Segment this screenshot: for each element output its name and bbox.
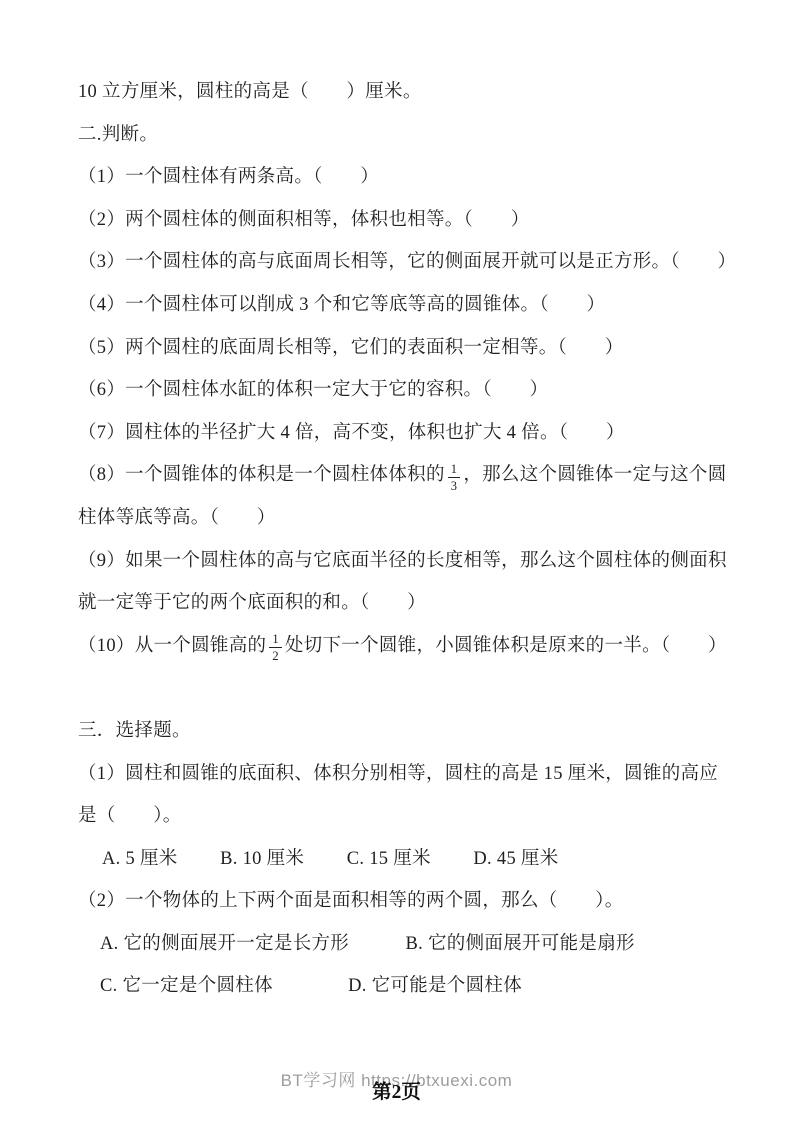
text-run: A. 5 厘米 B. 10 厘米 C. 15 厘米 D. 45 厘米 bbox=[102, 849, 559, 869]
text-line: （5）两个圆柱的底面周长相等，它们的表面积一定相等。（ ） bbox=[78, 327, 745, 370]
text-run: （5）两个圆柱的底面周长相等，它们的表面积一定相等。（ ） bbox=[78, 338, 624, 358]
text-run: A. 它的侧面展开一定是长方形 B. 它的侧面展开可能是扇形 bbox=[100, 934, 635, 954]
text-line: 柱体等底等高。（ ） bbox=[78, 497, 745, 540]
blank-line bbox=[78, 667, 745, 710]
text-line: 是（ ）。 bbox=[78, 795, 745, 838]
text-line: （7）圆柱体的半径扩大 4 倍，高不变，体积也扩大 4 倍。（ ） bbox=[78, 412, 745, 455]
text-run: （2）两个圆柱体的侧面积相等，体积也相等。（ ） bbox=[78, 210, 530, 230]
text-run: 三．选择题。 bbox=[78, 721, 191, 741]
text-line: 三．选择题。 bbox=[78, 710, 745, 753]
text-run: C. 它一定是个圆柱体 D. 它可能是个圆柱体 bbox=[100, 976, 522, 996]
fraction: 13 bbox=[448, 462, 461, 493]
text-line: （6）一个圆柱体水缸的体积一定大于它的容积。（ ） bbox=[78, 369, 745, 412]
fraction-numerator: 1 bbox=[448, 462, 461, 478]
text-run: 就一定等于它的两个底面积的和。（ ） bbox=[78, 593, 426, 613]
text-line: （10）从一个圆锥高的12处切下一个圆锥，小圆锥体积是原来的一半。（ ） bbox=[78, 625, 745, 668]
document-page: 10 立方厘米，圆柱的高是（ ）厘米。二.判断。（1）一个圆柱体有两条高。（ ）… bbox=[0, 0, 793, 1122]
text-line: 二.判断。 bbox=[78, 114, 745, 157]
text-line: （8）一个圆锥体的体积是一个圆柱体体积的13，那么这个圆锥体一定与这个圆 bbox=[78, 454, 745, 497]
document-content: 10 立方厘米，圆柱的高是（ ）厘米。二.判断。（1）一个圆柱体有两条高。（ ）… bbox=[78, 71, 745, 1008]
text-run: （8）一个圆锥体的体积是一个圆柱体体积的 bbox=[78, 465, 445, 485]
text-line: （9）如果一个圆柱体的高与它底面半径的长度相等，那么这个圆柱体的侧面积 bbox=[78, 540, 745, 583]
text-run: （3）一个圆柱体的高与底面周长相等，它的侧面展开就可以是正方形。（ ） bbox=[78, 252, 736, 272]
text-run: （4）一个圆柱体可以削成 3 个和它等底等高的圆锥体。（ ） bbox=[78, 295, 605, 315]
text-run: ，那么这个圆锥体一定与这个圆 bbox=[463, 465, 726, 485]
text-line: （2）两个圆柱体的侧面积相等，体积也相等。（ ） bbox=[78, 199, 745, 242]
text-run: 处切下一个圆锥，小圆锥体积是原来的一半。（ ） bbox=[285, 636, 727, 656]
text-line: （1）圆柱和圆锥的底面积、体积分别相等，圆柱的高是 15 厘米，圆锥的高应 bbox=[78, 753, 745, 796]
text-run: 柱体等底等高。（ ） bbox=[78, 508, 276, 528]
text-line: 10 立方厘米，圆柱的高是（ ）厘米。 bbox=[78, 71, 745, 114]
text-line: （3）一个圆柱体的高与底面周长相等，它的侧面展开就可以是正方形。（ ） bbox=[78, 241, 745, 284]
text-line: A. 5 厘米 B. 10 厘米 C. 15 厘米 D. 45 厘米 bbox=[78, 838, 745, 881]
text-run: （7）圆柱体的半径扩大 4 倍，高不变，体积也扩大 4 倍。（ ） bbox=[78, 423, 625, 443]
fraction-denominator: 2 bbox=[272, 648, 279, 663]
text-line: （4）一个圆柱体可以削成 3 个和它等底等高的圆锥体。（ ） bbox=[78, 284, 745, 327]
text-run: （1）一个圆柱体有两条高。（ ） bbox=[78, 167, 379, 187]
text-line: A. 它的侧面展开一定是长方形 B. 它的侧面展开可能是扇形 bbox=[78, 923, 745, 966]
fraction-numerator: 1 bbox=[269, 632, 282, 648]
page-number: 第2页 bbox=[0, 1076, 793, 1104]
text-run: （6）一个圆柱体水缸的体积一定大于它的容积。（ ） bbox=[78, 380, 548, 400]
text-run: 是（ ）。 bbox=[78, 806, 182, 826]
text-line: （2）一个物体的上下两个面是面积相等的两个圆，那么（ ）。 bbox=[78, 880, 745, 923]
text-line: 就一定等于它的两个底面积的和。（ ） bbox=[78, 582, 745, 625]
text-run: 10 立方厘米，圆柱的高是（ ）厘米。 bbox=[78, 82, 422, 102]
fraction: 12 bbox=[269, 632, 282, 663]
fraction-denominator: 3 bbox=[451, 478, 458, 493]
text-run: （1）圆柱和圆锥的底面积、体积分别相等，圆柱的高是 15 厘米，圆锥的高应 bbox=[78, 764, 718, 784]
text-run: （10）从一个圆锥高的 bbox=[78, 636, 266, 656]
text-line: C. 它一定是个圆柱体 D. 它可能是个圆柱体 bbox=[78, 965, 745, 1008]
text-run: （9）如果一个圆柱体的高与它底面半径的长度相等，那么这个圆柱体的侧面积 bbox=[78, 551, 727, 571]
text-run: （2）一个物体的上下两个面是面积相等的两个圆，那么（ ）。 bbox=[78, 891, 624, 911]
text-run: 二.判断。 bbox=[78, 125, 158, 145]
text-line: （1）一个圆柱体有两条高。（ ） bbox=[78, 156, 745, 199]
